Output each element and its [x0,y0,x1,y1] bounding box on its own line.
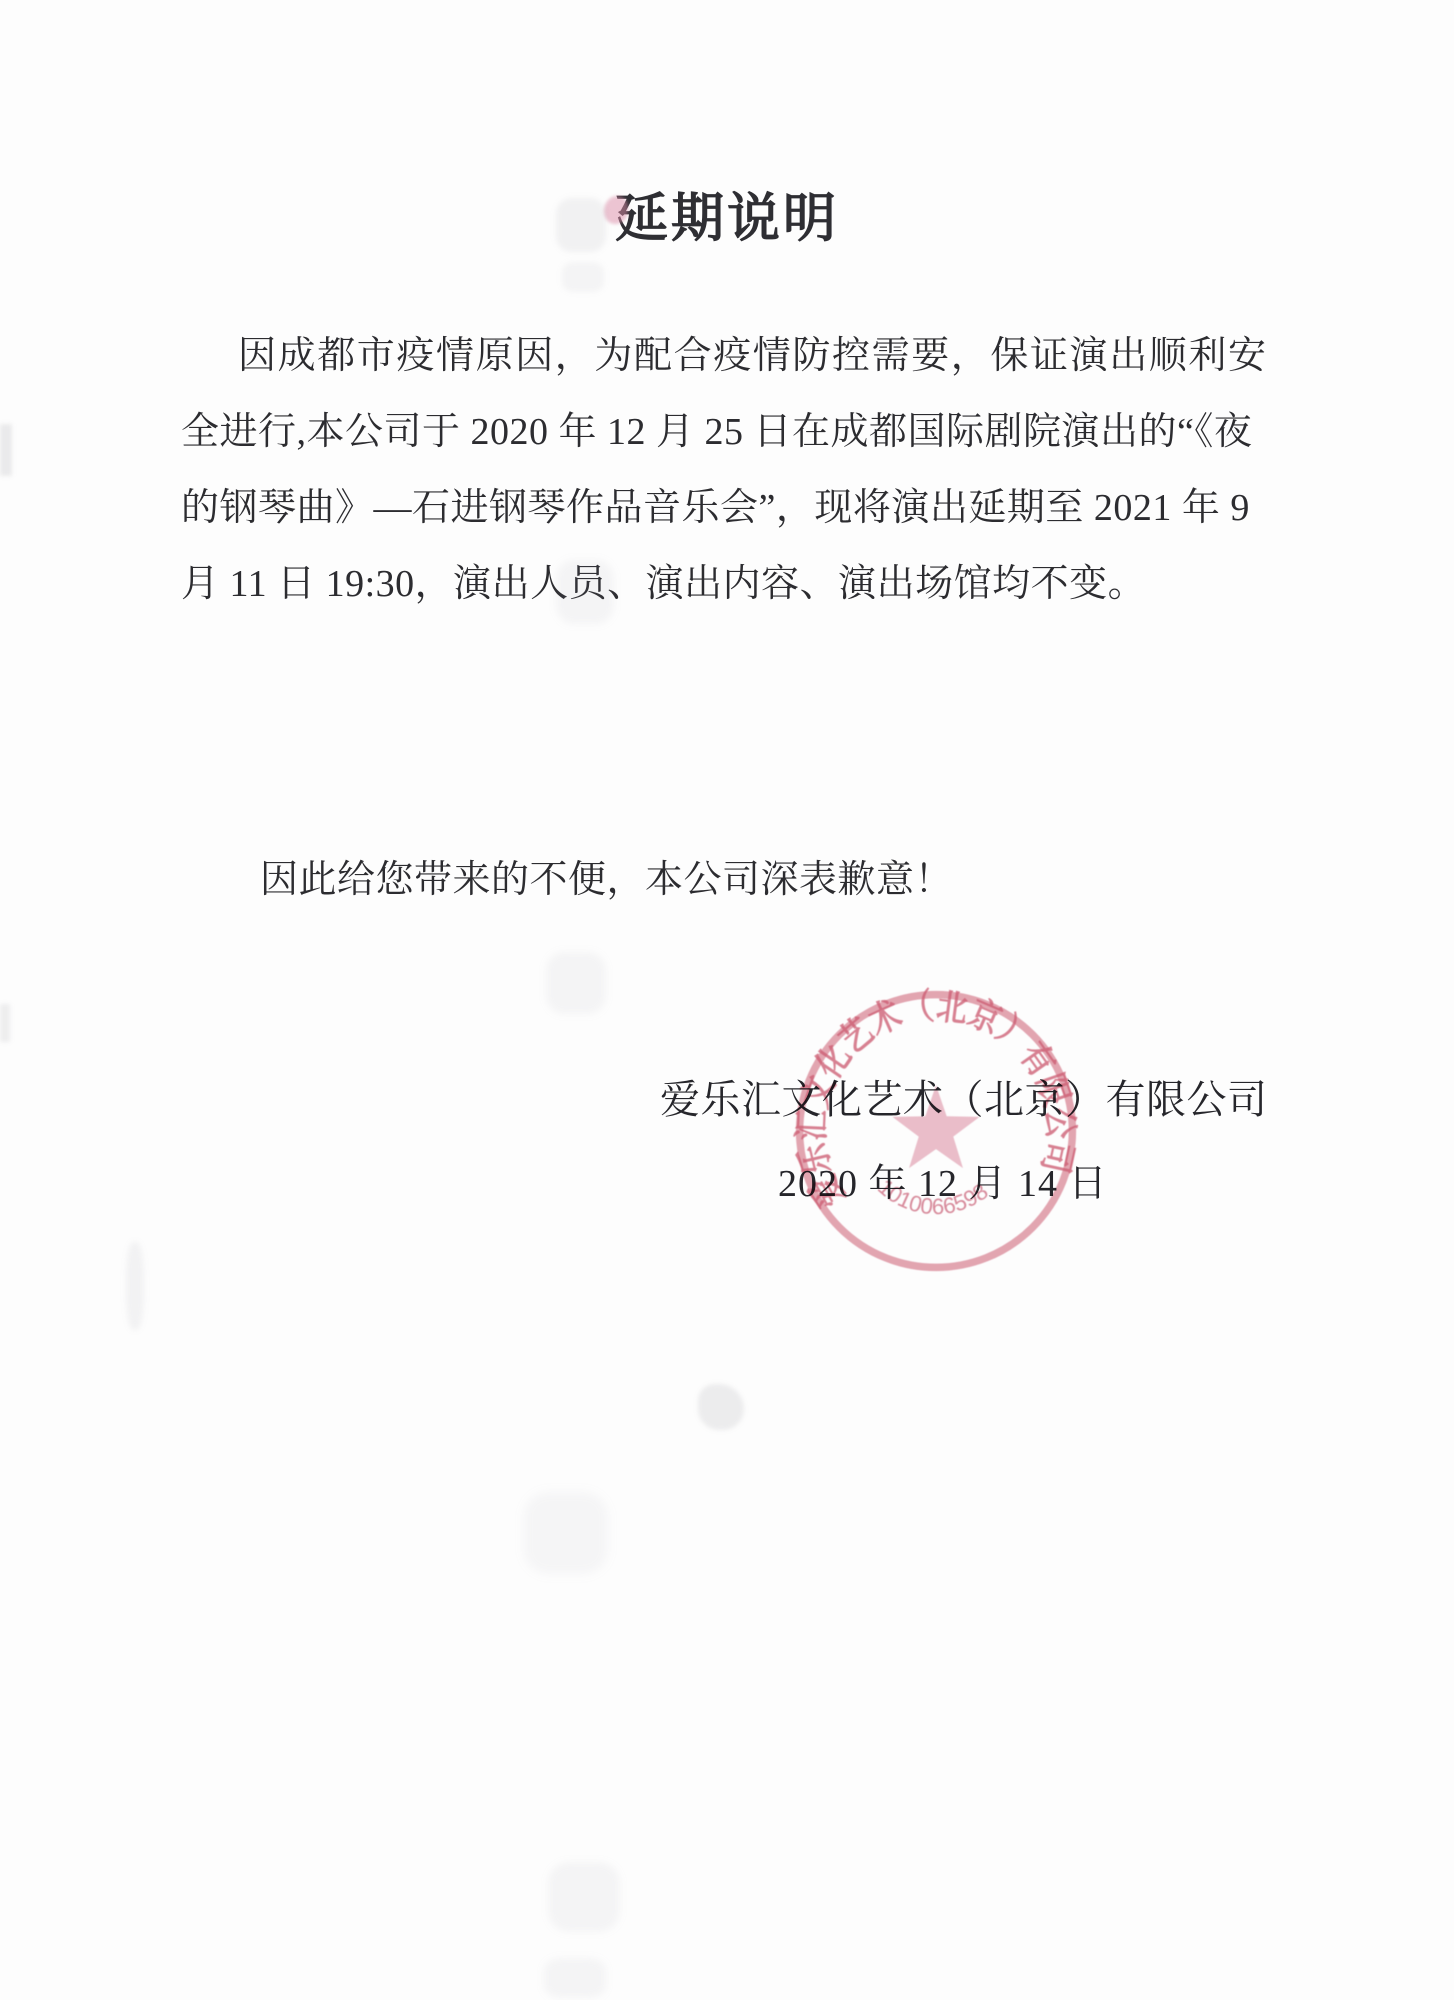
scan-artifact [546,952,606,1014]
scan-artifact [0,1004,10,1042]
svg-text:1010066598: 1010066598 [870,1151,995,1235]
body-line-3: 的钢琴曲》—石进钢琴作品音乐会”，现将演出延期至 2021 年 9 [181,470,1281,546]
apology-line: 因此给您带来的不便，本公司深表歉意！ [260,848,953,903]
company-seal-stamp: 爱乐汇文化艺术（北京）有限公司 1010066598 [790,985,1082,1277]
scan-artifact [524,1492,608,1574]
scan-artifact [548,1862,620,1932]
scan-artifact [0,424,12,476]
seal-serial-number: 1010066598 [870,1151,995,1235]
body-line-4: 月 11 日 19:30，演出人员、演出内容、演出场馆均不变。 [181,546,1281,622]
scanned-letter-page: 延期说明 因成都市疫情原因，为配合疫情防控需要，保证演出顺利安 全进行,本公司于… [0,0,1454,2000]
scan-artifact [126,1242,144,1330]
scan-artifact [562,262,604,292]
body-line-2: 全进行,本公司于 2020 年 12 月 25 日在成都国际剧院演出的“《夜 [181,394,1281,470]
main-paragraph: 因成都市疫情原因，为配合疫情防控需要，保证演出顺利安 全进行,本公司于 2020… [181,318,1281,622]
body-line-1: 因成都市疫情原因，为配合疫情防控需要，保证演出顺利安 [181,318,1281,394]
document-title: 延期说明 [0,176,1454,252]
scan-artifact [698,1384,744,1430]
scan-artifact [544,1958,606,1998]
seal-star-icon [892,1085,979,1168]
